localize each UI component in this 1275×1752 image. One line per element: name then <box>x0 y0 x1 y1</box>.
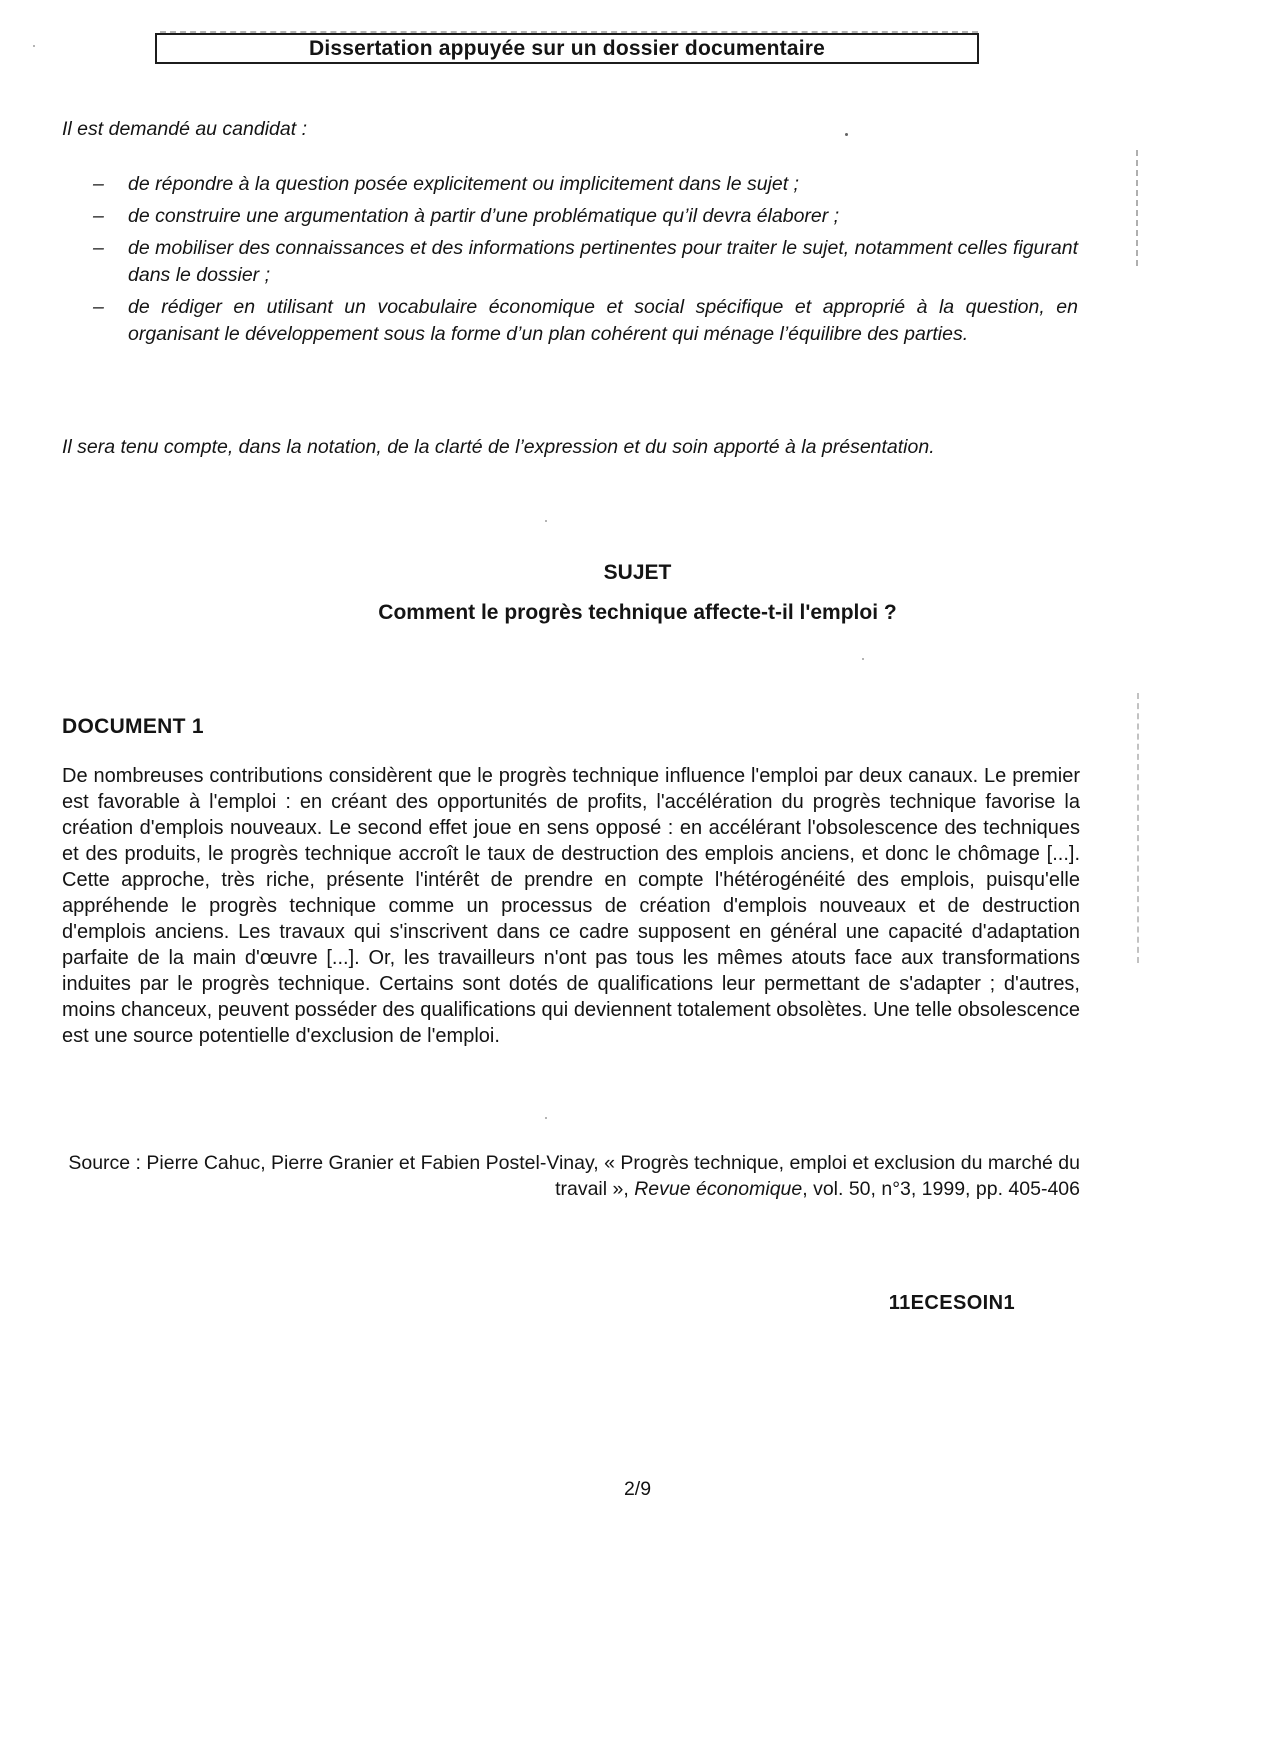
document1-source-citation: Source : Pierre Cahuc, Pierre Granier et… <box>62 1150 1080 1202</box>
instruction-item: – de répondre à la question posée explic… <box>62 171 1078 198</box>
document-type-title: Dissertation appuyée sur un dossier docu… <box>309 37 825 61</box>
scan-margin-mark <box>1137 693 1139 963</box>
scan-speck <box>33 45 35 47</box>
exam-reference-code: 11ECESOIN1 <box>889 1292 1015 1315</box>
scan-speck <box>545 1117 547 1119</box>
document1-heading: DOCUMENT 1 <box>62 715 204 739</box>
scan-speck <box>845 133 848 136</box>
dash-bullet: – <box>93 294 104 321</box>
page-number: 2/9 <box>0 1478 1275 1501</box>
document1-body-text: De nombreuses contributions considèrent … <box>62 763 1080 1049</box>
exam-page: Dissertation appuyée sur un dossier docu… <box>0 0 1275 1752</box>
document-type-banner: Dissertation appuyée sur un dossier docu… <box>155 33 979 64</box>
instruction-item: – de construire une argumentation à part… <box>62 203 1078 230</box>
instruction-item: – de rédiger en utilisant un vocabulaire… <box>62 294 1078 348</box>
source-journal-title: Revue économique <box>634 1178 802 1200</box>
scan-speck <box>545 520 547 522</box>
subject-question: Comment le progrès technique affecte-t-i… <box>0 601 1275 625</box>
instruction-text: de mobiliser des connaissances et des in… <box>128 237 1078 286</box>
instruction-text: de construire une argumentation à partir… <box>128 205 839 227</box>
source-suffix: , vol. 50, n°3, 1999, pp. 405-406 <box>802 1178 1080 1200</box>
instruction-item: – de mobiliser des connaissances et des … <box>62 235 1078 289</box>
instruction-text: de rédiger en utilisant un vocabulaire é… <box>128 296 1078 345</box>
candidate-intro-text: Il est demandé au candidat : <box>62 118 307 141</box>
scan-speck <box>862 658 864 660</box>
dash-bullet: – <box>93 235 104 262</box>
subject-heading: SUJET <box>0 561 1275 585</box>
dash-bullet: – <box>93 203 104 230</box>
instruction-text: de répondre à la question posée explicit… <box>128 173 799 195</box>
grading-note: Il sera tenu compte, dans la notation, d… <box>62 436 1102 459</box>
dash-bullet: – <box>93 171 104 198</box>
instruction-list: – de répondre à la question posée explic… <box>62 171 1078 353</box>
scan-margin-mark <box>1136 150 1138 266</box>
